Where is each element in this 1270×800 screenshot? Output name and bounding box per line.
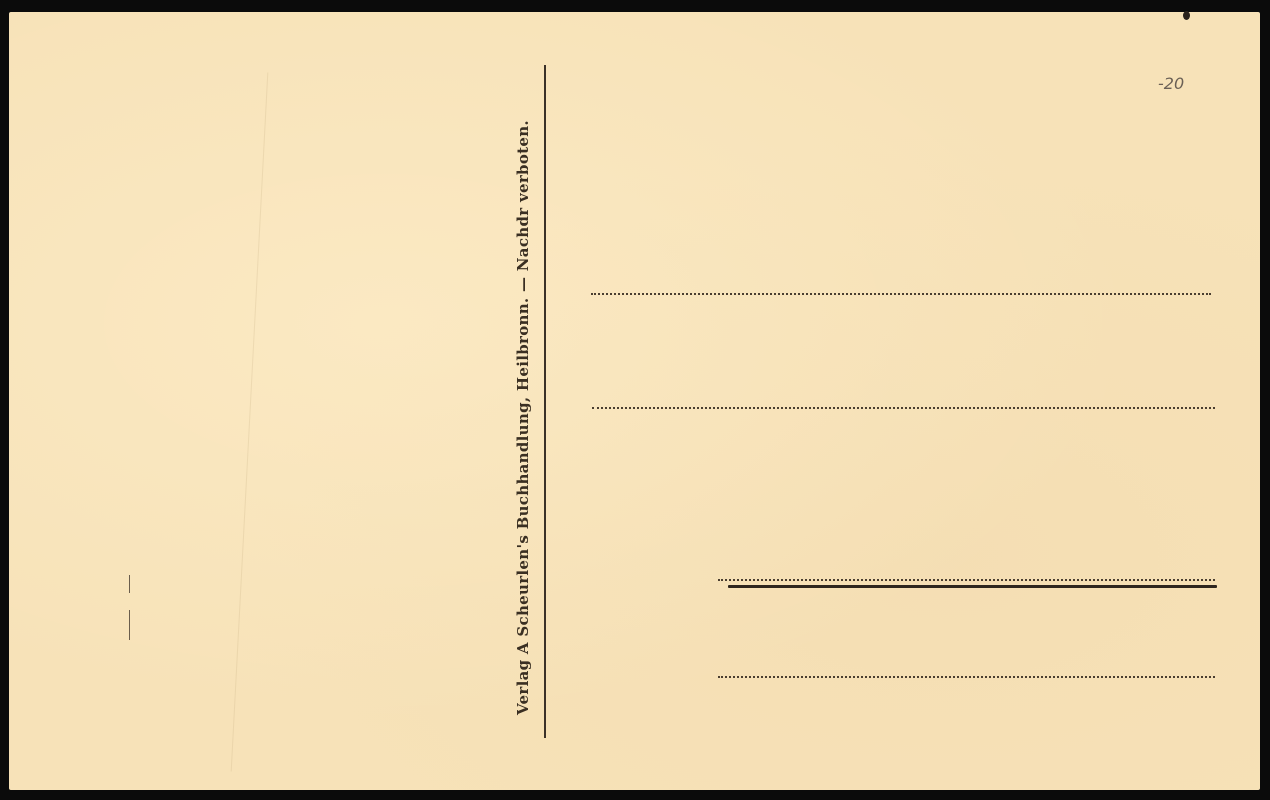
- postcard-back: [9, 12, 1260, 790]
- address-line-1: [591, 293, 1211, 295]
- address-underline-solid: [728, 585, 1217, 588]
- edge-mark: [129, 575, 130, 593]
- ink-blot: [1183, 11, 1190, 20]
- center-divider-line: [544, 65, 546, 738]
- address-line-2: [592, 407, 1215, 409]
- address-line-3: [718, 579, 1215, 581]
- pencil-note: -20: [1158, 74, 1184, 93]
- address-line-4: [718, 676, 1215, 678]
- paper-crease: [231, 72, 269, 771]
- publisher-imprint: Verlag A Scheurlen's Buchhandlung, Heilb…: [514, 120, 532, 715]
- edge-mark: [129, 610, 130, 640]
